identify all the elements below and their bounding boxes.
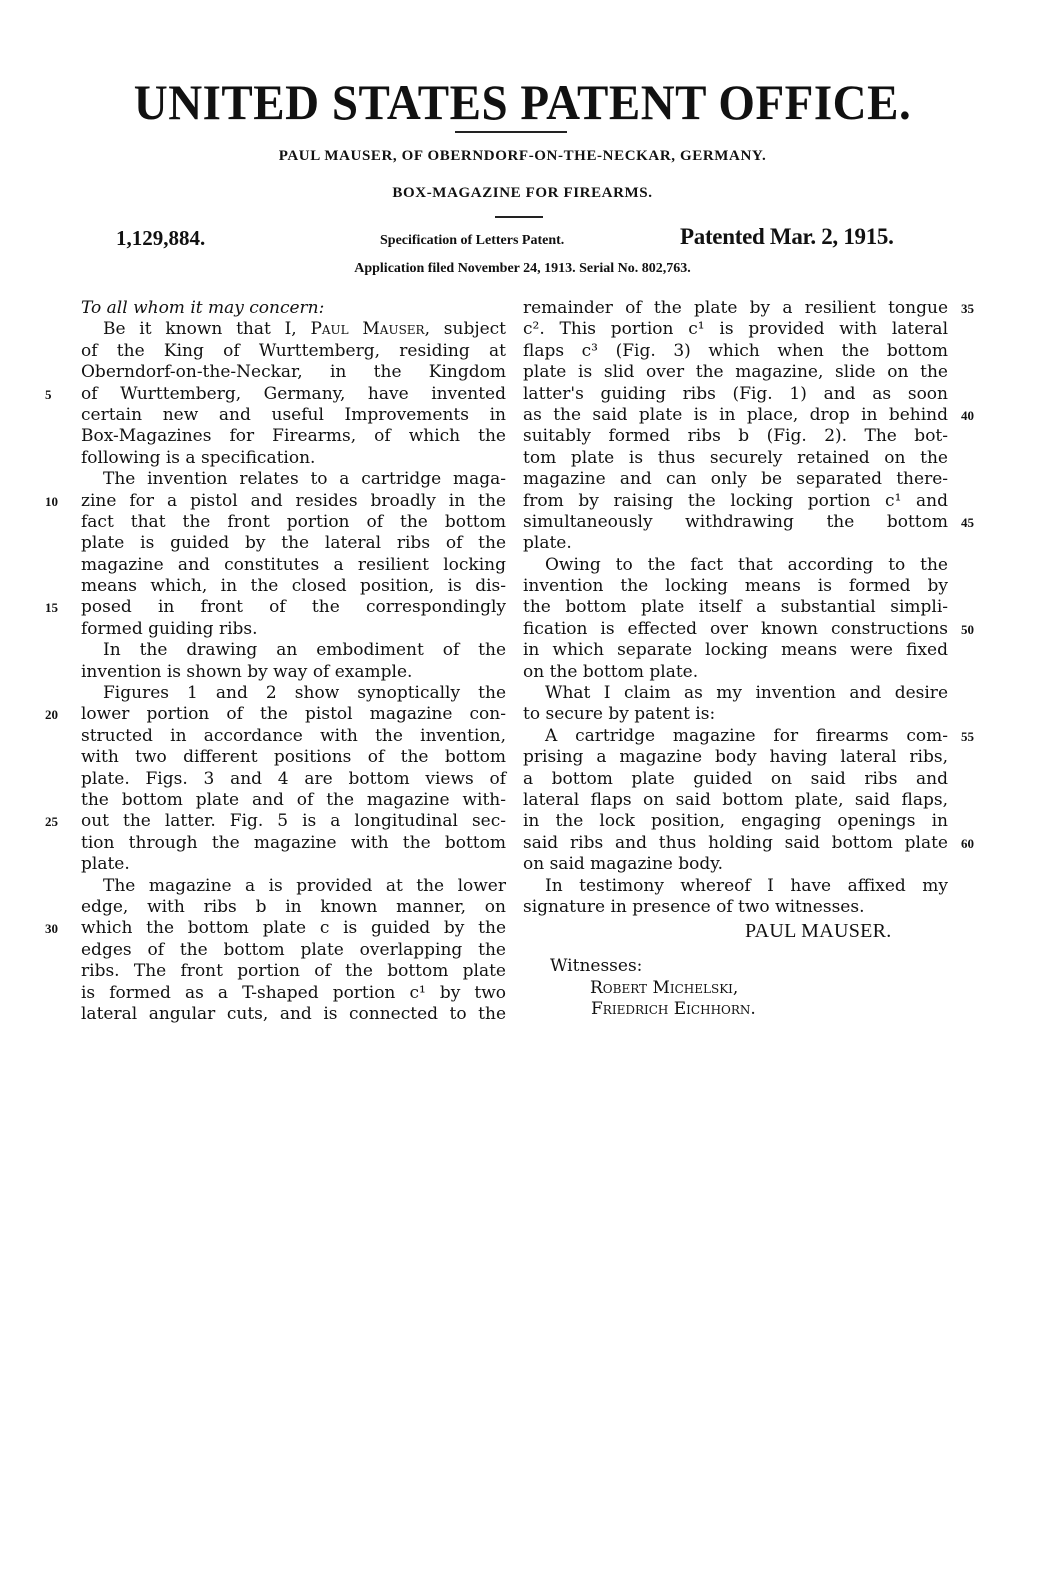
line-number: 60 (961, 833, 985, 854)
line-number: 45 (961, 512, 985, 533)
text-line: simultaneously withdrawing the bottom45 (523, 512, 948, 533)
line-text: Figures 1 and 2 show synoptically the (103, 683, 506, 703)
line-text: In testimony whereof I have affixed my (545, 876, 948, 896)
text-line: magazine and constitutes a resilient loc… (81, 555, 506, 576)
witness-name: Robert Michelski, (590, 978, 738, 998)
line-text: magazine and constitutes a resilient loc… (81, 555, 506, 575)
text-line: with two different positions of the bott… (81, 747, 506, 768)
line-text: To all whom it may concern: (81, 298, 324, 318)
line-text: plate. Figs. 3 and 4 are bottom views of (81, 769, 506, 789)
line-number: 50 (961, 619, 985, 640)
line-text: to secure by patent is: (523, 704, 715, 724)
text-line: c². This portion c¹ is provided with lat… (523, 319, 948, 340)
line-text: prising a magazine body having lateral r… (523, 747, 948, 767)
line-text: the bottom plate and of the magazine wit… (81, 790, 506, 810)
line-text: invention the locking means is formed by (523, 576, 948, 596)
text-line: tom plate is thus securely retained on t… (523, 448, 948, 469)
text-line: a bottom plate guided on said ribs and (523, 769, 948, 790)
text-line: magazine and can only be separated there… (523, 469, 948, 490)
line-text: flaps c³ (Fig. 3) which when the bottom (523, 341, 948, 361)
line-text: The invention relates to a cartridge mag… (103, 469, 506, 489)
text-line: on the bottom plate. (523, 662, 948, 683)
inventor-line: PAUL MAUSER, OF OBERNDORF-ON-THE-NECKAR,… (0, 148, 1045, 165)
specification-label: Specification of Letters Patent. (380, 233, 564, 249)
text-line: on said magazine body. (523, 854, 948, 875)
line-text: latter's guiding ribs (Fig. 1) and as so… (523, 384, 948, 404)
text-line: invention is shown by way of example. (81, 662, 506, 683)
line-text: is formed as a T-shaped portion c¹ by tw… (81, 983, 506, 1003)
text-line: which the bottom plate c is guided by th… (81, 918, 506, 939)
text-line: Oberndorf-on-the-Neckar, in the Kingdom (81, 362, 506, 383)
inventor-name: Paul Mauser (310, 319, 424, 339)
text-line: the bottom plate itself a substantial si… (523, 597, 948, 618)
text-line: What I claim as my invention and desire (523, 683, 948, 704)
text-line: suitably formed ribs b (Fig. 2). The bot… (523, 426, 948, 447)
text-line: remainder of the plate by a resilient to… (523, 298, 948, 319)
text-line: invention the locking means is formed by (523, 576, 948, 597)
text-line: posed in front of the correspondingly15 (81, 597, 506, 618)
text-line: of the King of Wurttemberg, residing at (81, 341, 506, 362)
title-divider (455, 131, 567, 133)
text-line: plate. (523, 533, 948, 554)
witness-name: Friedrich Eichhorn. (591, 999, 756, 1019)
line-text: in which separate locking means were fix… (523, 640, 948, 660)
line-text: magazine and can only be separated there… (523, 469, 948, 489)
line-text: Oberndorf-on-the-Neckar, in the Kingdom (81, 362, 506, 382)
office-title: UNITED STATES PATENT OFFICE. (0, 75, 1045, 132)
line-text: plate is slid over the magazine, slide o… (523, 362, 948, 382)
text-line: plate. Figs. 3 and 4 are bottom views of (81, 769, 506, 790)
text-line: lower portion of the pistol magazine con… (81, 704, 506, 725)
line-text: lateral flaps on said bottom plate, said… (523, 790, 948, 810)
line-text: The magazine a is provided at the lower (103, 876, 506, 896)
line-text: fication is effected over known construc… (523, 619, 948, 639)
line-text: of the King of Wurttemberg, residing at (81, 341, 506, 361)
line-text: tion through the magazine with the botto… (81, 833, 506, 853)
left-column: To all whom it may concern:Be it known t… (81, 298, 506, 1025)
line-number: 15 (45, 597, 69, 618)
line-text: formed guiding ribs. (81, 619, 258, 639)
line-text: edges of the bottom plate overlapping th… (81, 940, 506, 960)
line-text: zine for a pistol and resides broadly in… (81, 491, 506, 511)
line-text: which the bottom plate c is guided by th… (81, 918, 506, 938)
text-line: lateral angular cuts, and is connected t… (81, 1004, 506, 1025)
line-text: lateral angular cuts, and is connected t… (81, 1004, 506, 1024)
line-text: as the said plate is in place, drop in b… (523, 405, 948, 425)
line-text: suitably formed ribs b (Fig. 2). The bot… (523, 426, 948, 446)
text-line: flaps c³ (Fig. 3) which when the bottom (523, 341, 948, 362)
line-number: 25 (45, 811, 69, 832)
text-line: means which, in the closed position, is … (81, 576, 506, 597)
text-line: plate. (81, 854, 506, 875)
text-line: out the latter. Fig. 5 is a longitudinal… (81, 811, 506, 832)
text-line: tion through the magazine with the botto… (81, 833, 506, 854)
text-line: certain new and useful Improvements in (81, 405, 506, 426)
line-text: Box-Magazines for Firearms, of which the (81, 426, 506, 446)
patent-number: 1,129,884. (116, 226, 205, 251)
line-text: Owing to the fact that according to the (545, 555, 948, 575)
text-line: Figures 1 and 2 show synoptically the (81, 683, 506, 704)
line-text: plate. (523, 533, 572, 553)
line-text: means which, in the closed position, is … (81, 576, 506, 596)
line-text: In the drawing an embodiment of the (103, 640, 506, 660)
line-text: tom plate is thus securely retained on t… (523, 448, 948, 468)
line-text: out the latter. Fig. 5 is a longitudinal… (81, 811, 506, 831)
witnesses-label: Witnesses: (550, 956, 642, 976)
text-line: ribs. The front portion of the bottom pl… (81, 961, 506, 982)
line-text: Be it known that I, Paul Mauser, subject (103, 319, 506, 339)
line-text: edge, with ribs b in known manner, on (81, 897, 506, 917)
text-line: following is a specification. (81, 448, 506, 469)
text-line: edges of the bottom plate overlapping th… (81, 940, 506, 961)
line-text: What I claim as my invention and desire (545, 683, 948, 703)
text-line: Be it known that I, Paul Mauser, subject (81, 319, 506, 340)
line-number: 10 (45, 491, 69, 512)
line-number: 30 (45, 918, 69, 939)
line-text: simultaneously withdrawing the bottom (523, 512, 948, 532)
text-line: The invention relates to a cartridge mag… (81, 469, 506, 490)
text-line: from by raising the locking portion c¹ a… (523, 491, 948, 512)
text-line: of Wurttemberg, Germany, have invented5 (81, 384, 506, 405)
text-line: To all whom it may concern: (81, 298, 506, 319)
text-line: the bottom plate and of the magazine wit… (81, 790, 506, 811)
text-line: formed guiding ribs. (81, 619, 506, 640)
line-text: following is a specification. (81, 448, 315, 468)
text-line: In testimony whereof I have affixed my (523, 876, 948, 897)
line-number: 5 (45, 384, 69, 405)
subtitle-divider (495, 216, 543, 218)
line-text: c². This portion c¹ is provided with lat… (523, 319, 948, 339)
line-text: said ribs and thus holding said bottom p… (523, 833, 948, 853)
line-text: plate is guided by the lateral ribs of t… (81, 533, 506, 553)
line-text: with two different positions of the bott… (81, 747, 506, 767)
text-line: In the drawing an embodiment of the (81, 640, 506, 661)
line-text: lower portion of the pistol magazine con… (81, 704, 506, 724)
text-line: Box-Magazines for Firearms, of which the (81, 426, 506, 447)
line-text: ribs. The front portion of the bottom pl… (81, 961, 506, 981)
line-text: invention is shown by way of example. (81, 662, 412, 682)
text-line: structed in accordance with the inventio… (81, 726, 506, 747)
text-line: plate is guided by the lateral ribs of t… (81, 533, 506, 554)
text-line: to secure by patent is: (523, 704, 948, 725)
text-line: lateral flaps on said bottom plate, said… (523, 790, 948, 811)
invention-title: BOX-MAGAZINE FOR FIREARMS. (0, 185, 1045, 202)
text-line: fact that the front portion of the botto… (81, 512, 506, 533)
text-line: edge, with ribs b in known manner, on (81, 897, 506, 918)
line-text: A cartridge magazine for firearms com- (545, 726, 948, 746)
text-line: is formed as a T-shaped portion c¹ by tw… (81, 983, 506, 1004)
right-column: remainder of the plate by a resilient to… (523, 298, 948, 918)
text-line: latter's guiding ribs (Fig. 1) and as so… (523, 384, 948, 405)
line-text: certain new and useful Improvements in (81, 405, 506, 425)
line-text: in the lock position, engaging openings … (523, 811, 948, 831)
line-text: fact that the front portion of the botto… (81, 512, 506, 532)
text-line: prising a magazine body having lateral r… (523, 747, 948, 768)
line-text: structed in accordance with the inventio… (81, 726, 506, 746)
line-text: plate. (81, 854, 130, 874)
line-text: the bottom plate itself a substantial si… (523, 597, 948, 617)
line-number: 55 (961, 726, 985, 747)
text-line: The magazine a is provided at the lower (81, 876, 506, 897)
line-number: 35 (961, 298, 985, 319)
line-text: remainder of the plate by a resilient to… (523, 298, 948, 318)
text-line: Owing to the fact that according to the (523, 555, 948, 576)
line-number: 40 (961, 405, 985, 426)
text-line: as the said plate is in place, drop in b… (523, 405, 948, 426)
text-line: in the lock position, engaging openings … (523, 811, 948, 832)
inventor-signature: PAUL MAUSER. (745, 920, 892, 943)
line-text: signature in presence of two witnesses. (523, 897, 865, 917)
line-text: a bottom plate guided on said ribs and (523, 769, 948, 789)
text-line: in which separate locking means were fix… (523, 640, 948, 661)
line-text: on the bottom plate. (523, 662, 698, 682)
line-text: posed in front of the correspondingly (81, 597, 506, 617)
text-line: A cartridge magazine for firearms com-55 (523, 726, 948, 747)
patented-date: Patented Mar. 2, 1915. (680, 224, 894, 250)
text-line: zine for a pistol and resides broadly in… (81, 491, 506, 512)
application-line: Application filed November 24, 1913. Ser… (0, 261, 1045, 277)
text-line: signature in presence of two witnesses. (523, 897, 948, 918)
line-text: on said magazine body. (523, 854, 723, 874)
text-line: fication is effected over known construc… (523, 619, 948, 640)
text-line: said ribs and thus holding said bottom p… (523, 833, 948, 854)
line-text: of Wurttemberg, Germany, have invented (81, 384, 506, 404)
line-number: 20 (45, 704, 69, 725)
line-text: from by raising the locking portion c¹ a… (523, 491, 948, 511)
text-line: plate is slid over the magazine, slide o… (523, 362, 948, 383)
